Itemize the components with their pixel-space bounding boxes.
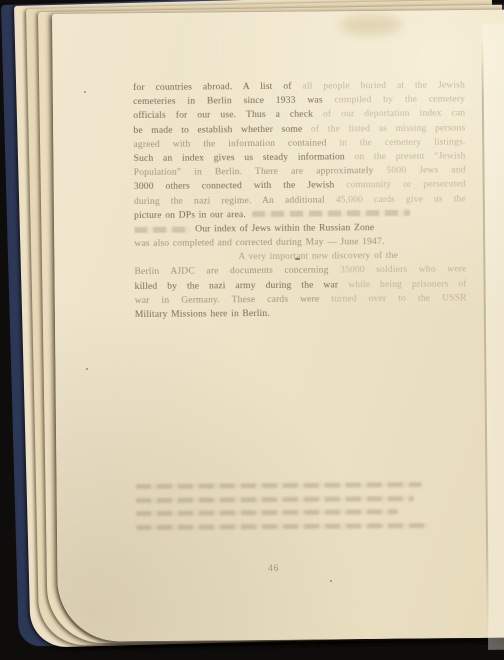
text-line: war in Germany. These cards were turned … <box>135 291 467 308</box>
bleedthrough-line <box>136 509 398 516</box>
text-line: during the nazi regime. An additional 45… <box>134 192 466 209</box>
bleedthrough-fragment <box>134 226 190 232</box>
paper-speck <box>330 580 332 582</box>
document-text: for countries abroad. A list of all peop… <box>133 78 467 322</box>
paper-speck <box>84 91 86 93</box>
paper-speck <box>86 368 88 370</box>
paper-stain <box>340 15 402 36</box>
bleedthrough-fragment <box>252 210 410 217</box>
page-number: 46 <box>268 564 280 574</box>
bleedthrough-line <box>136 482 422 489</box>
bleedthrough-paragraph <box>136 482 436 538</box>
photo-of-book-page: for countries abroad. A list of all peop… <box>0 0 504 660</box>
bleedthrough-line <box>136 496 414 503</box>
text-line: Military Missions here in Berlin. <box>135 305 467 322</box>
bleedthrough-line <box>136 523 428 530</box>
